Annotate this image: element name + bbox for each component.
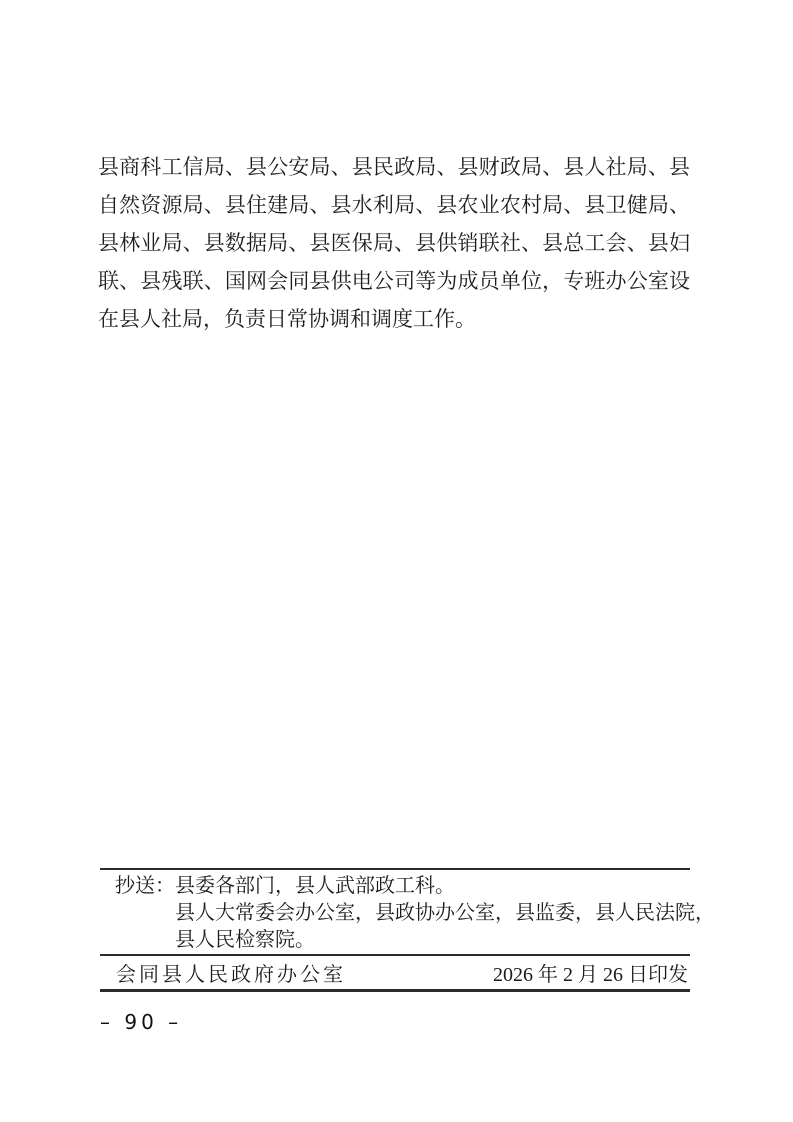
paragraph-line: 联、县残联、国网会同县供电公司等为成员单位，专班办公室设 <box>98 262 690 300</box>
issuing-office: 会同县人民政府办公室 <box>116 958 346 987</box>
body-paragraph: 县商科工信局、县公安局、县民政局、县财政局、县人社局、县 自然资源局、县住建局、… <box>98 148 690 338</box>
cc-line: 县委各部门，县人武部政工科。 <box>175 873 715 900</box>
cc-label: 抄送： <box>115 873 175 900</box>
divider-bottom <box>100 989 690 992</box>
paragraph-line: 县商科工信局、县公安局、县民政局、县财政局、县人社局、县 <box>98 148 690 186</box>
cc-line: 县人大常委会办公室，县政协办公室，县监委，县人民法院， <box>175 900 715 927</box>
paragraph-line: 县林业局、县数据局、县医保局、县供销联社、县总工会、县妇 <box>98 224 690 262</box>
paragraph-line: 在县人社局，负责日常协调和调度工作。 <box>98 300 690 338</box>
page-number: – 90 – <box>100 1010 182 1034</box>
paragraph-line: 自然资源局、县住建局、县水利局、县农业农村局、县卫健局、 <box>98 186 690 224</box>
document-page: 县商科工信局、县公安局、县民政局、县财政局、县人社局、县 自然资源局、县住建局、… <box>0 0 793 1122</box>
issuer-row: 会同县人民政府办公室 2026 年 2 月 26 日印发 <box>100 956 690 989</box>
cc-lines: 县委各部门，县人武部政工科。 县人大常委会办公室，县政协办公室，县监委，县人民法… <box>175 873 715 954</box>
cc-section: 抄送： 县委各部门，县人武部政工科。 县人大常委会办公室，县政协办公室，县监委，… <box>100 870 690 954</box>
footer-block: 抄送： 县委各部门，县人武部政工科。 县人大常委会办公室，县政协办公室，县监委，… <box>100 868 690 992</box>
cc-line: 县人民检察院。 <box>175 927 715 954</box>
print-date: 2026 年 2 月 26 日印发 <box>493 958 688 987</box>
